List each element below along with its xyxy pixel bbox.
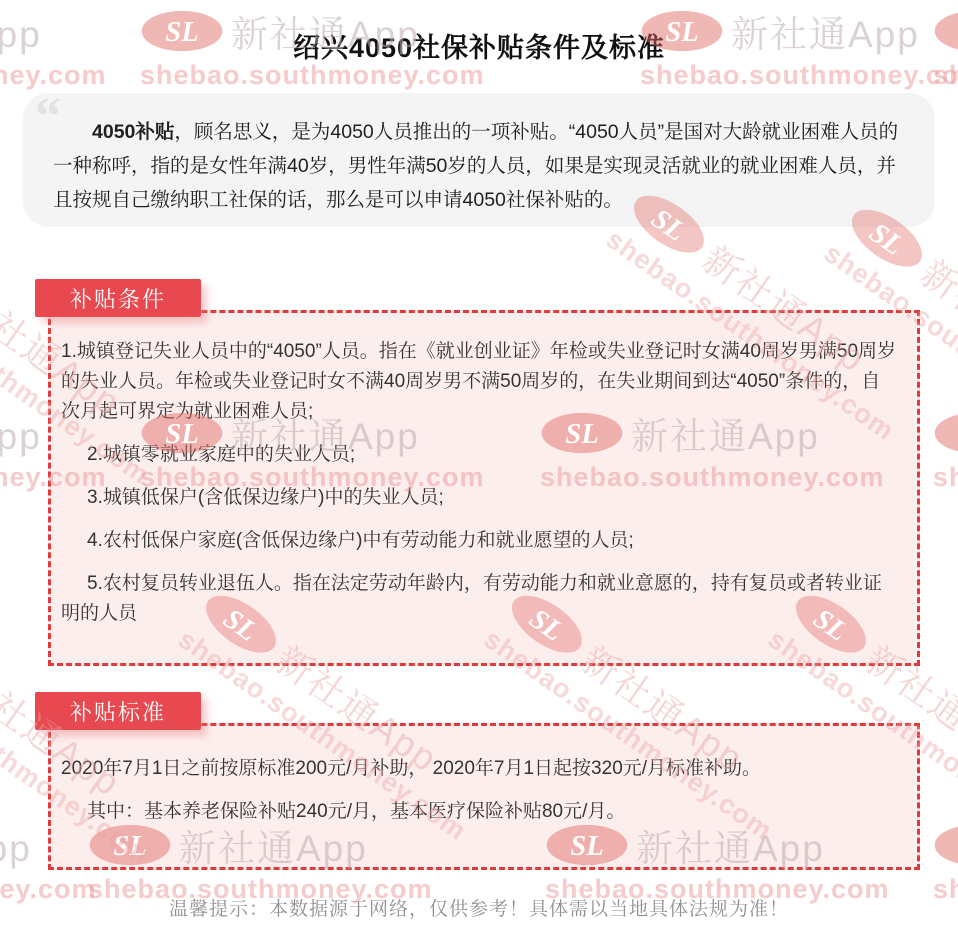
conditions-panel: 1.城镇登记失业人员中的“4050”人员。指在《就业创业证》年检或失业登记时女满… [48, 310, 920, 666]
intro-box: “ 4050补贴，顾名思义，是为4050人员推出的一项补贴。“4050人员”是国… [23, 93, 935, 227]
section-heading-standards: 补贴标准 [35, 692, 201, 730]
quote-icon: “ [35, 91, 61, 143]
standards-panel: 2020年7月1日之前按原标准200元/月补助， 2020年7月1日起按320元… [48, 723, 920, 870]
condition-item-3: 3.城镇低保户(含低保边缘户)中的失业人员; [61, 483, 899, 513]
standard-item-2: 其中：基本养老保险补贴240元/月，基本医疗保险补贴80元/月。 [61, 797, 899, 827]
section-heading-conditions: 补贴条件 [35, 279, 201, 317]
intro-text: ，顾名思义，是为4050人员推出的一项补贴。“4050人员”是国对大龄就业困难人… [53, 121, 898, 211]
condition-item-1: 1.城镇登记失业人员中的“4050”人员。指在《就业创业证》年检或失业登记时女满… [61, 337, 899, 427]
article: 绍兴4050社保补贴条件及标准 “ 4050补贴，顾名思义，是为4050人员推出… [0, 26, 958, 921]
page-title: 绍兴4050社保补贴条件及标准 [0, 26, 958, 65]
footer-tip: 温馨提示：本数据源于网络，仅供参考！具体需以当地具体法规为准！ [0, 894, 958, 921]
intro-paragraph: 4050补贴，顾名思义，是为4050人员推出的一项补贴。“4050人员”是国对大… [53, 115, 905, 217]
intro-lead: 4050补贴 [92, 121, 174, 143]
condition-item-5: 5.农村复员转业退伍人。指在法定劳动年龄内，有劳动能力和就业意愿的，持有复员或者… [61, 569, 899, 629]
condition-item-4: 4.农村低保户家庭(含低保边缘户)中有劳动能力和就业愿望的人员; [61, 526, 899, 556]
standard-item-1: 2020年7月1日之前按原标准200元/月补助， 2020年7月1日起按320元… [61, 754, 899, 784]
condition-item-2: 2.城镇零就业家庭中的失业人员; [61, 440, 899, 470]
